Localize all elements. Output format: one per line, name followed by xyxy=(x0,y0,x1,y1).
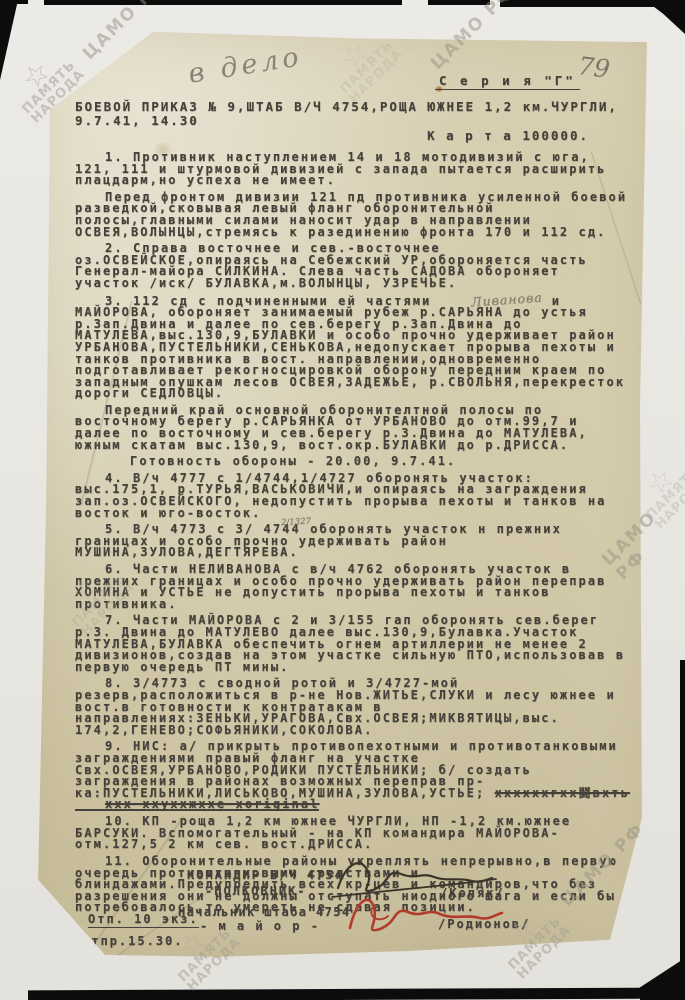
handwritten-filed-note: в дело xyxy=(186,41,304,90)
scanned-military-order-page: { "colors": { "paper": "#d8d1b5", "typew… xyxy=(0,0,685,1000)
scan-edge-artifact xyxy=(28,988,643,1000)
chief-of-staff-rank-line: - м а й о р - xyxy=(200,919,320,933)
order-paragraph-9: 9. НИС: а/ прикрыть противопехотными и п… xyxy=(75,741,631,811)
order-paragraph-6: 6. Части НЕЛИВАНОВА с в/ч 4762 оборонять… xyxy=(75,564,631,610)
dispatch-time-note: Отпр.15.30. xyxy=(82,934,183,948)
order-paragraph-3: 3. 112 сд с подчиненными ей частями Лива… xyxy=(75,295,631,400)
copies-count-note: Отп. 10 экз. xyxy=(88,912,199,928)
order-paragraph-4: 4. В/ч 4777 с 1/4744,1/4727 оборонять уч… xyxy=(75,473,631,519)
order-paragraph-10: 10. КП -роща 1,2 км южнее ЧУРГЛИ, НП -1,… xyxy=(75,816,631,851)
struck-out-text: ххх ххуххжххе хoriginal xyxy=(75,799,319,811)
order-paragraph-3b: Передний край основной оборонителтной по… xyxy=(75,405,631,451)
order-header: С е р и я "Г" БОЕВОЙ ПРИКАЗ № 9,ШТАБ В/Ч… xyxy=(75,100,631,143)
order-body-text: 1. Противник наступлением 14 и 18 мотоди… xyxy=(75,148,631,919)
struck-out-text: ххххххгхх闘вхть xyxy=(495,786,630,800)
commander-title-line: КОМАНДИР В/Ч 4754 xyxy=(187,868,344,882)
scan-edge-artifact xyxy=(428,0,490,5)
scan-corner-artifact xyxy=(0,0,18,80)
series-marking: С е р и я "Г" xyxy=(435,74,580,90)
order-title-line2: 9.7.41, 14.30 xyxy=(75,114,631,128)
handwritten-page-number: 79 xyxy=(576,51,611,84)
order-paragraph-1: 1. Противник наступлением 14 и 18 мотоди… xyxy=(75,152,631,187)
order-paragraph-1b: Перед фронтом дивизии 121 пд противника … xyxy=(75,192,631,238)
scan-corner-artifact xyxy=(640,958,685,1000)
order-paragraph-8: 8. 3/4773 с сводной ротой и 3/4727-мой р… xyxy=(75,678,631,736)
map-scale-label: К а р т а 100000. xyxy=(75,129,631,143)
scan-edge-artifact xyxy=(44,0,402,5)
chief-of-staff-title-line: Начальник штаба 4754 xyxy=(178,905,351,919)
defense-readiness-line: Готовность обороны - 20.00, 9.7.41. xyxy=(75,456,631,468)
order-title-line1: БОЕВОЙ ПРИКАЗ № 9,ШТАБ В/Ч 4754,РОЩА ЮЖН… xyxy=(75,100,631,114)
document-paper-sheet: в дело 79 С е р и я "Г" БОЕВОЙ ПРИКАЗ № … xyxy=(30,28,655,968)
star-outline-icon: ☆ xyxy=(6,44,69,107)
commander-rank-line: -ПОЛКОВНИК- xyxy=(205,884,306,898)
order-paragraph-5: 5. В/ч 4773 с 3/ 4744 оборонять участок … xyxy=(75,524,631,559)
order-paragraph-7: 7. Части МАЙОРОВА с 2 и 3/155 гап оборон… xyxy=(75,615,631,673)
scan-edge-artifact xyxy=(680,660,685,1000)
chief-of-staff-ink-signature xyxy=(342,886,506,942)
order-paragraph-2: 2. Справа восточнее и сев.-восточнее оз.… xyxy=(75,243,631,289)
